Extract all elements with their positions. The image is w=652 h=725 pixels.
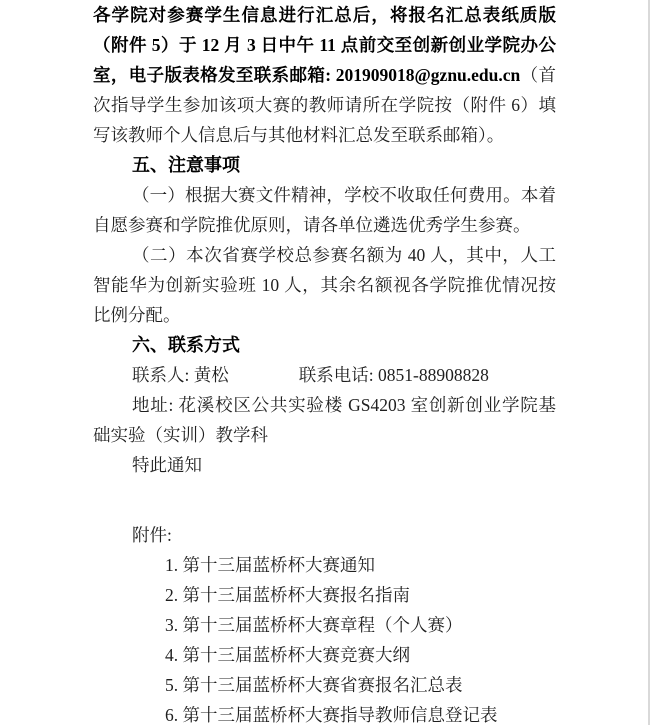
contact-person: 联系人: 黄松: [132, 365, 229, 385]
body-line: 自愿参赛和学院推优原则，请各单位遴选优秀学生参赛。: [93, 210, 556, 240]
page-edge-line: [648, 0, 650, 725]
body-line: 次指导学生参加该项大赛的教师请所在学院按（附件 6）填: [93, 90, 556, 120]
attachment-item: 2. 第十三届蓝桥杯大赛报名指南: [93, 580, 556, 610]
body-line: （一）根据大赛文件精神，学校不收取任何费用。本着: [93, 180, 556, 210]
section-heading-notes: 五、注意事项: [93, 150, 556, 180]
email-line-tail: （首: [520, 65, 556, 85]
attachment-item: 1. 第十三届蓝桥杯大赛通知: [93, 550, 556, 580]
attachment-item: 3. 第十三届蓝桥杯大赛章程（个人赛）: [93, 610, 556, 640]
body-line-email: 室，电子版表格发至联系邮箱: 201909018@gznu.edu.cn（首: [93, 60, 556, 90]
notice-body: 各学院对参赛学生信息进行汇总后，将报名汇总表纸质版 （附件 5）于 12 月 3…: [93, 0, 556, 725]
attachment-item: 4. 第十三届蓝桥杯大赛竞赛大纲: [93, 640, 556, 670]
body-line: （附件 5）于 12 月 3 日中午 11 点前交至创新创业学院办公: [93, 30, 556, 60]
contact-line: 联系人: 黄松联系电话: 0851-88908828: [93, 360, 556, 390]
section-heading-contact: 六、联系方式: [93, 330, 556, 360]
attachment-item: 6. 第十三届蓝桥杯大赛指导教师信息登记表: [93, 700, 556, 725]
notice-document-page: 各学院对参赛学生信息进行汇总后，将报名汇总表纸质版 （附件 5）于 12 月 3…: [0, 0, 652, 725]
attachments-label: 附件:: [93, 520, 556, 550]
email-address: 201909018@gznu.edu.cn: [336, 65, 521, 85]
closing-line: 特此通知: [93, 450, 556, 480]
attachment-item: 5. 第十三届蓝桥杯大赛省赛报名汇总表: [93, 670, 556, 700]
contact-phone: 联系电话: 0851-88908828: [299, 365, 489, 385]
address-line: 地址: 花溪校区公共实验楼 GS4203 室创新创业学院基: [93, 390, 556, 420]
body-line: 写该教师个人信息后与其他材料汇总发至联系邮箱）。: [93, 120, 556, 150]
blank-gap: [93, 480, 556, 520]
body-line: 智能华为创新实验班 10 人，其余名额视各学院推优情况按: [93, 270, 556, 300]
body-line: （二）本次省赛学校总参赛名额为 40 人，其中，人工: [93, 240, 556, 270]
body-line: 比例分配。: [93, 300, 556, 330]
body-line: 各学院对参赛学生信息进行汇总后，将报名汇总表纸质版: [93, 0, 556, 30]
email-line-prefix: 室，电子版表格发至联系邮箱:: [93, 65, 336, 85]
address-line: 础实验（实训）教学科: [93, 420, 556, 450]
